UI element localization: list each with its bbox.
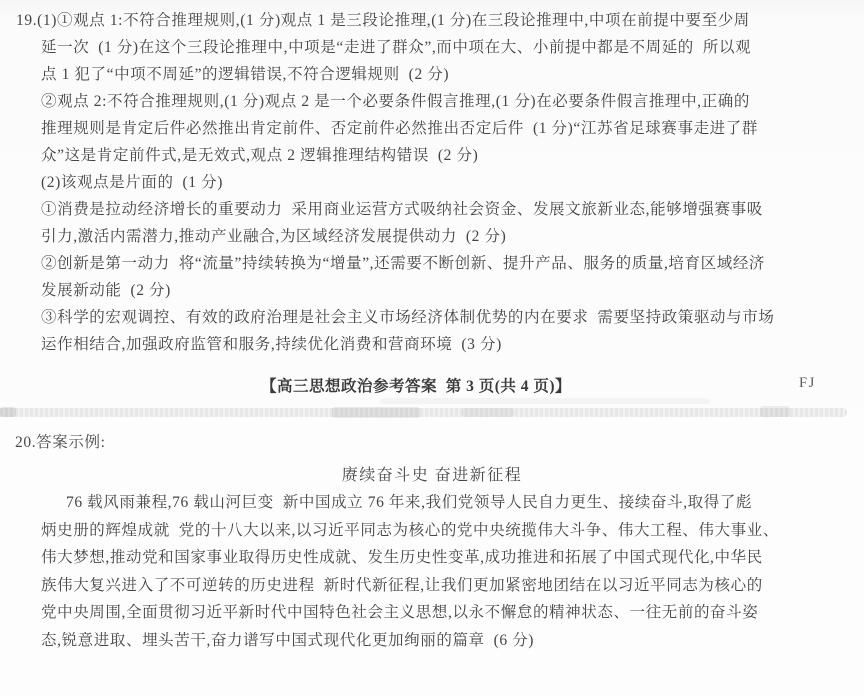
answer-19-line: ③科学的宏观调控、有效的政府治理是社会主义市场经济体制优势的内在要求 需要坚持政… (0, 304, 864, 331)
scan-smudge (760, 406, 790, 417)
answer-19-line: ②创新是第一动力 将“流量”持续转换为“增量”,还需要不断创新、提升产品、服务的… (0, 250, 864, 277)
answer-19-line: 引力,激活内需潜力,推动产业融合,为区域经济发展提供动力 (2 分) (0, 223, 864, 250)
page-footer-title: 【高三思想政治参考答案 第 3 页(共 4 页)】 (0, 374, 848, 396)
scan-artifact-band (0, 408, 847, 417)
scanned-answer-page: 19.(1)①观点 1:不符合推理规则,(1 分)观点 1 是三段论推理,(1 … (0, 0, 864, 696)
scan-smudge (332, 407, 420, 418)
answer-19-line: 众”这是肯定前件式,是无效式,观点 2 逻辑推理结构错误 (2 分) (0, 142, 864, 169)
answer-19-line: 发展新动能 (2 分) (0, 277, 864, 304)
answer-19-line: (2)该观点是片面的 (1 分) (0, 169, 864, 196)
answer-20-essay-title: 赓续奋斗史 奋进新征程 (0, 462, 864, 485)
scan-smudge (462, 408, 514, 417)
answer-19-line: 点 1 犯了“中项不周延”的逻辑错误,不符合逻辑规则 (2 分) (0, 61, 864, 88)
answer-20-label: 20.答案示例: (15, 433, 105, 453)
answer-20-line: 76 载风雨兼程,76 载山河巨变 新中国成立 76 年来,我们党领导人民自力更… (0, 489, 864, 517)
answer-20-line: 伟大梦想,推动党和国家事业取得历史性成就、发生历史性变革,成功推进和拓展了中国式… (0, 544, 864, 572)
answer-20-line: 族伟大复兴进入了不可逆转的历史进程 新时代新征程,让我们更加紧密地团结在以习近平… (0, 572, 864, 600)
answer-19-line: 延一次 (1 分)在这个三段论推理中,中项是“走进了群众”,而中项在大、小前提中… (0, 34, 864, 61)
answer-19-line: 19.(1)①观点 1:不符合推理规则,(1 分)观点 1 是三段论推理,(1 … (0, 7, 864, 34)
page-footer-code: FJ (799, 375, 816, 392)
answer-20-line: 炳史册的辉煌成就 党的十八大以来,以习近平同志为核心的党中央统揽伟大斗争、伟大工… (0, 517, 864, 545)
answer-19-line: 推理规则是肯定后件必然推出肯定前件、否定前件必然推出否定后件 (1 分)“江苏省… (0, 115, 864, 142)
answer-20-line: 态,锐意进取、埋头苦干,奋力谱写中国式现代化更加绚丽的篇章 (6 分) (0, 627, 864, 655)
scan-smudge (380, 398, 710, 404)
scan-smudge (0, 407, 16, 417)
answer-19-line: ②观点 2:不符合推理规则,(1 分)观点 2 是一个必要条件假言推理,(1 分… (0, 88, 864, 115)
answer-20-block: 76 载风雨兼程,76 载山河巨变 新中国成立 76 年来,我们党领导人民自力更… (0, 489, 864, 654)
answer-19-line: ①消费是拉动经济增长的重要动力 采用商业运营方式吸纳社会资金、发展文旅新业态,能… (0, 196, 864, 223)
answer-19-line: 运作相结合,加强政府监管和服务,持续优化消费和营商环境 (3 分) (0, 331, 864, 358)
answer-19-block: 19.(1)①观点 1:不符合推理规则,(1 分)观点 1 是三段论推理,(1 … (0, 7, 864, 358)
answer-20-line: 党中央周围,全面贯彻习近平新时代中国特色社会主义思想,以永不懈怠的精神状态、一往… (0, 599, 864, 627)
